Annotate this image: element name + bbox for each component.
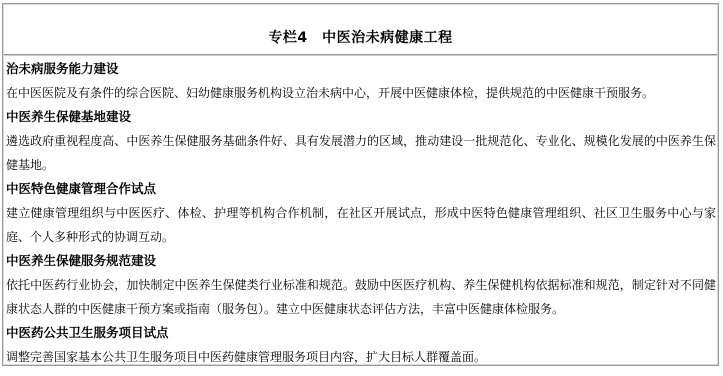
box-title: 专栏4 中医治未病健康工程	[268, 27, 452, 47]
section-heading: 治未病服务能力建设	[6, 57, 716, 81]
section-heading: 中医养生保健基地建设	[6, 105, 716, 129]
section-body: 调整完善国家基本公共卫生服务项目中医药健康管理服务项目内容，扩大目标人群覆盖面。	[6, 345, 716, 366]
section-body: 依托中医药行业协会，加快制定中医养生保健类行业标准和规范。鼓励中医医疗机构、养生…	[6, 273, 716, 321]
section-heading: 中医养生保健服务规范建设	[6, 249, 716, 273]
column-box: 专栏4 中医治未病健康工程 治未病服务能力建设 在中医医院及有条件的综合医院、妇…	[2, 3, 719, 366]
box-content: 治未病服务能力建设 在中医医院及有条件的综合医院、妇幼健康服务机构设立治未病中心…	[3, 56, 718, 366]
section-heading: 中医特色健康管理合作试点	[6, 177, 716, 201]
section-body: 建立健康管理组织与中医医疗、体检、护理等机构合作机制，在社区开展试点，形成中医特…	[6, 201, 716, 249]
section-body: 遴选政府重视程度高、中医养生保健服务基础条件好、具有发展潜力的区域，推动建设一批…	[6, 129, 716, 177]
section: 中医养生保健服务规范建设 依托中医药行业协会，加快制定中医养生保健类行业标准和规…	[6, 249, 716, 321]
box-title-row: 专栏4 中医治未病健康工程	[3, 4, 718, 54]
document-page: 专栏4 中医治未病健康工程 治未病服务能力建设 在中医医院及有条件的综合医院、妇…	[0, 0, 723, 376]
section: 中医特色健康管理合作试点 建立健康管理组织与中医医疗、体检、护理等机构合作机制，…	[6, 177, 716, 249]
section-body: 在中医医院及有条件的综合医院、妇幼健康服务机构设立治未病中心，开展中医健康体检，…	[6, 81, 716, 105]
section-heading: 中医药公共卫生服务项目试点	[6, 321, 716, 345]
section: 治未病服务能力建设 在中医医院及有条件的综合医院、妇幼健康服务机构设立治未病中心…	[6, 57, 716, 105]
section: 中医药公共卫生服务项目试点 调整完善国家基本公共卫生服务项目中医药健康管理服务项…	[6, 321, 716, 366]
section: 中医养生保健基地建设 遴选政府重视程度高、中医养生保健服务基础条件好、具有发展潜…	[6, 105, 716, 177]
